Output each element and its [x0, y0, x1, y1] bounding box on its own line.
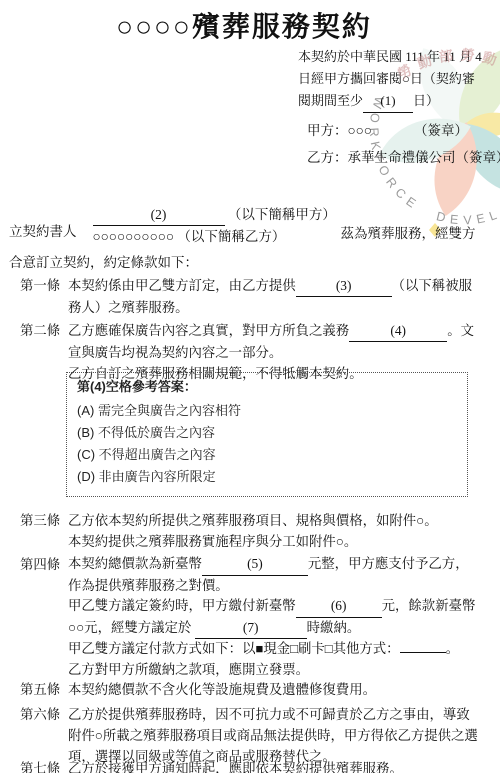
- clause-1-label: 第一條: [20, 275, 68, 318]
- answer-option-b: (B) 不得低於廣告之內容: [77, 422, 457, 444]
- blank-4: (4): [349, 320, 447, 342]
- clause-3-line-2: 本契約提供之殯葬服務實施程序與分工如附件○。: [68, 531, 480, 552]
- agreement-line: 合意訂立契約，約定條款如下：: [9, 251, 198, 271]
- answer-option-d: (D) 非由廣告內容所限定: [77, 466, 457, 488]
- payment-card-label: 刷卡: [298, 641, 325, 656]
- party-b-circles: ○○○○○○○○○○: [93, 229, 175, 244]
- clause-5: 第五條 本契約總價款不含火化等設施規費及遺體修復費用。: [20, 679, 480, 700]
- review-line-2: 日經甲方攜回審閱○日（契約審: [298, 68, 498, 90]
- signer-label: 立契約書人: [9, 204, 77, 247]
- answer-option-c: (C) 不得超出廣告之內容: [77, 444, 457, 466]
- party-a-alias: （以下簡稱甲方）: [228, 207, 336, 222]
- review-notice: 本契約於中華民國 111 年 11 月 4 日經甲方攜回審閱○日（契約審 閱期間…: [298, 46, 498, 113]
- clause-7-body: 乙方於接獲甲方通知時起，應即依本契約提供殯葬服務。: [68, 758, 480, 773]
- party-a-signature-line: 甲方：○○○（簽章）: [307, 119, 468, 139]
- clause-3-label: 第三條: [20, 510, 68, 552]
- blank-7: (7): [195, 618, 307, 640]
- clause-4-p2-text-end: 時繳納。: [307, 620, 361, 635]
- checkbox-icon: □: [325, 641, 333, 656]
- blank-2: (2): [93, 204, 225, 226]
- clause-7-label: 第七條: [20, 758, 68, 773]
- clause-3-line-1: 乙方依本契約所提供之殯葬服務項目、規格與價格，如附件○。: [68, 510, 480, 531]
- review-line-3: 閱期間至少(1)日）: [298, 90, 498, 113]
- payment-other-label: 其他方式：: [333, 641, 400, 656]
- blank-6: (6): [296, 596, 382, 618]
- payment-other-blank: [400, 652, 446, 653]
- review-line-1: 本契約於中華民國 111 年 11 月 4: [298, 46, 498, 68]
- party-a-name: 甲方：○○○: [307, 123, 372, 138]
- party-a-row: (2) （以下簡稱甲方）: [93, 204, 341, 226]
- page-title: ○○○○殯葬服務契約: [0, 5, 488, 45]
- clause-1-text: 本契約係由甲乙雙方訂定，由乙方提供: [68, 278, 296, 293]
- clause-1: 第一條 本契約係由甲乙雙方訂定，由乙方提供(3)（以下稱被服務人）之殯葬服務。: [20, 275, 480, 318]
- purpose-text: 茲為殯葬服務，經雙方: [341, 204, 476, 247]
- review-line-3-post: 日）: [413, 93, 439, 108]
- payment-cash-label: 現金: [263, 641, 290, 656]
- clause-4-paragraph-3: 甲乙雙方議定付款方式如下：以■現金□刷卡□其他方式：。: [68, 639, 480, 660]
- clause-4-body: 本契約總價款為新臺幣(5)元整，甲方應支付予乙方，作為提供殯葬服務之對價。 甲乙…: [68, 554, 480, 681]
- clause-2-label: 第二條: [20, 320, 68, 384]
- blank-1: (1): [363, 90, 413, 113]
- clause-7: 第七條 乙方於接獲甲方通知時起，應即依本契約提供殯葬服務。: [20, 758, 480, 773]
- contract-document-page: WORKFORCE DEVELOPMENT AGENCY, MINISTRY O…: [0, 0, 500, 773]
- clause-4: 第四條 本契約總價款為新臺幣(5)元整，甲方應支付予乙方，作為提供殯葬服務之對價…: [20, 554, 480, 681]
- clause-1-body: 本契約係由甲乙雙方訂定，由乙方提供(3)（以下稱被服務人）之殯葬服務。: [68, 275, 480, 318]
- clause-4-p1-text: 本契約總價款為新臺幣: [68, 556, 202, 571]
- parties-column: (2) （以下簡稱甲方） ○○○○○○○○○○ （以下簡稱乙方）: [93, 204, 341, 247]
- clause-4-label: 第四條: [20, 554, 68, 681]
- clause-4-paragraph-2: 甲乙雙方議定簽約時，甲方繳付新臺幣(6)元，餘款新臺幣○○元，經雙方議定於 (7…: [68, 596, 480, 639]
- clause-5-body: 本契約總價款不含火化等設施規費及遺體修復費用。: [68, 679, 480, 700]
- clause-4-paragraph-1: 本契約總價款為新臺幣(5)元整，甲方應支付予乙方，作為提供殯葬服務之對價。: [68, 554, 480, 596]
- clause-5-label: 第五條: [20, 679, 68, 700]
- preamble: 立契約書人 (2) （以下簡稱甲方） ○○○○○○○○○○ （以下簡稱乙方） 茲…: [9, 204, 476, 247]
- review-line-3-pre: 閱期間至少: [298, 93, 363, 108]
- answer-box-title: 第(4)空格參考答案：: [77, 377, 457, 397]
- blank-5: (5): [202, 554, 308, 576]
- answer-reference-box: 第(4)空格參考答案： (A) 需完全與廣告之內容相符 (B) 不得低於廣告之內…: [66, 372, 468, 497]
- clause-4-p3-text: 甲乙雙方議定付款方式如下：以: [68, 641, 255, 656]
- clause-3-body: 乙方依本契約所提供之殯葬服務項目、規格與價格，如附件○。 本契約提供之殯葬服務實…: [68, 510, 480, 552]
- clause-4-p2-text: 甲乙雙方議定簽約時，甲方繳付新臺幣: [68, 598, 296, 613]
- clause-4-paragraph-4: 乙方對甲方所繳納之款項，應開立發票。: [68, 660, 480, 681]
- party-b-signature-line: 乙方：承華生命禮儀公司（簽章）: [307, 146, 500, 166]
- clause-4-p3-end: 。: [446, 641, 459, 656]
- clause-3: 第三條 乙方依本契約所提供之殯葬服務項目、規格與價格，如附件○。 本契約提供之殯…: [20, 510, 480, 552]
- blank-3: (3): [296, 275, 392, 297]
- clause-2-paragraph-1: 乙方應確保廣告內容之真實，對甲方所負之義務(4)。文宣與廣告均視為契約內容之一部…: [68, 320, 480, 363]
- checkbox-icon: □: [290, 641, 298, 656]
- party-b-row: ○○○○○○○○○○ （以下簡稱乙方）: [93, 226, 341, 247]
- answer-option-a: (A) 需完全與廣告之內容相符: [77, 400, 457, 422]
- party-b-alias: （以下簡稱乙方）: [177, 229, 285, 244]
- party-a-seal: （簽章）: [414, 123, 468, 138]
- clause-2-text: 乙方應確保廣告內容之真實，對甲方所負之義務: [68, 323, 349, 338]
